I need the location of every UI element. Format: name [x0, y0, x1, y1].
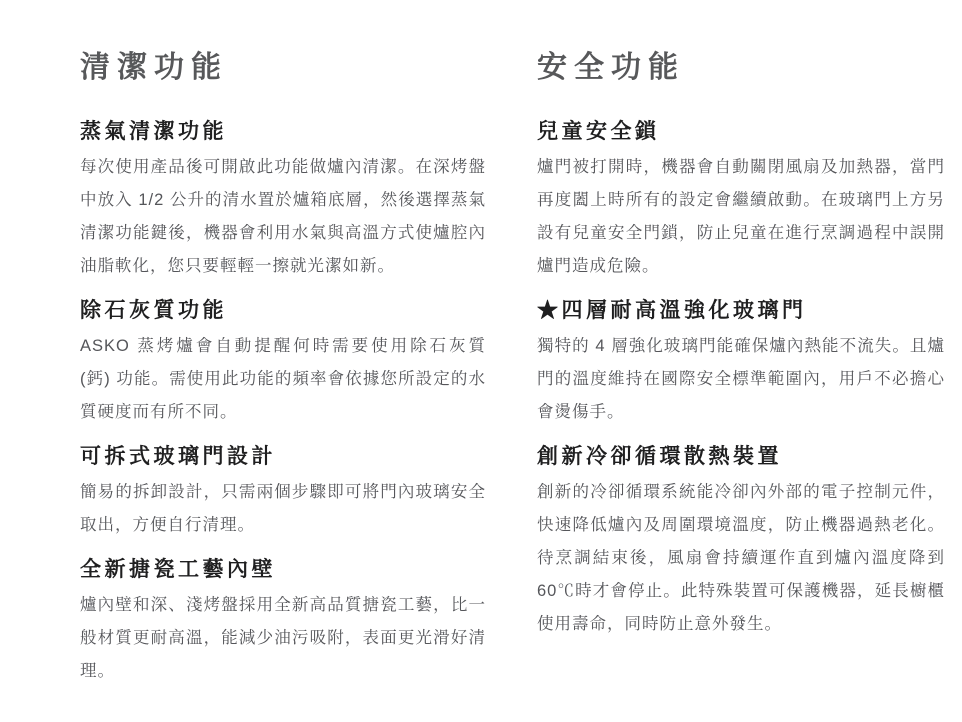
section-body: 簡易的拆卸設計，只需兩個步驟即可將門內玻璃安全取出，方便自行清理。: [80, 476, 486, 542]
section-heading: 除石灰質功能: [80, 297, 486, 324]
section-heading: 蒸氣清潔功能: [80, 118, 486, 145]
feature-section: 可拆式玻璃門設計 簡易的拆卸設計，只需兩個步驟即可將門內玻璃安全取出，方便自行清…: [80, 443, 486, 542]
section-body: 爐門被打開時，機器會自動關閉風扇及加熱器，當門再度闔上時所有的設定會繼續啟動。在…: [537, 151, 945, 283]
section-heading: 可拆式玻璃門設計: [80, 443, 486, 470]
section-heading: ★四層耐高溫強化玻璃門: [537, 297, 945, 324]
column-sections: 兒童安全鎖 爐門被打開時，機器會自動關閉風扇及加熱器，當門再度闔上時所有的設定會…: [537, 118, 945, 641]
feature-column: 安全功能 兒童安全鎖 爐門被打開時，機器會自動關閉風扇及加熱器，當門再度闔上時所…: [537, 50, 945, 688]
section-body: ASKO 蒸烤爐會自動提醒何時需要使用除石灰質 (鈣) 功能。需使用此功能的頻率…: [80, 330, 486, 429]
section-heading: 創新冷卻循環散熱裝置: [537, 443, 945, 470]
section-heading: 全新搪瓷工藝內壁: [80, 556, 486, 583]
feature-section: 兒童安全鎖 爐門被打開時，機器會自動關閉風扇及加熱器，當門再度闔上時所有的設定會…: [537, 118, 945, 283]
feature-columns: 清潔功能 蒸氣清潔功能 每次使用產品後可開啟此功能做爐內清潔。在深烤盤中放入 1…: [80, 50, 945, 688]
feature-section: ★四層耐高溫強化玻璃門 獨特的 4 層強化玻璃門能確保爐內熱能不流失。且爐門的溫…: [537, 297, 945, 429]
feature-section: 創新冷卻循環散熱裝置 創新的冷卻循環系統能冷卻內外部的電子控制元件，快速降低爐內…: [537, 443, 945, 641]
feature-section: 全新搪瓷工藝內壁 爐內壁和深、淺烤盤採用全新高品質搪瓷工藝，比一般材質更耐高溫，…: [80, 556, 486, 688]
feature-column: 清潔功能 蒸氣清潔功能 每次使用產品後可開啟此功能做爐內清潔。在深烤盤中放入 1…: [80, 50, 486, 688]
column-title: 清潔功能: [80, 50, 486, 86]
feature-section: 除石灰質功能 ASKO 蒸烤爐會自動提醒何時需要使用除石灰質 (鈣) 功能。需使…: [80, 297, 486, 429]
section-body: 創新的冷卻循環系統能冷卻內外部的電子控制元件，快速降低爐內及周圍環境溫度，防止機…: [537, 476, 945, 641]
feature-section: 蒸氣清潔功能 每次使用產品後可開啟此功能做爐內清潔。在深烤盤中放入 1/2 公升…: [80, 118, 486, 283]
section-body: 爐內壁和深、淺烤盤採用全新高品質搪瓷工藝，比一般材質更耐高溫，能減少油污吸附，表…: [80, 589, 486, 688]
section-body: 每次使用產品後可開啟此功能做爐內清潔。在深烤盤中放入 1/2 公升的清水置於爐箱…: [80, 151, 486, 283]
section-body: 獨特的 4 層強化玻璃門能確保爐內熱能不流失。且爐門的溫度維持在國際安全標準範圍…: [537, 330, 945, 429]
feature-document-page: 清潔功能 蒸氣清潔功能 每次使用產品後可開啟此功能做爐內清潔。在深烤盤中放入 1…: [0, 0, 962, 722]
column-sections: 蒸氣清潔功能 每次使用產品後可開啟此功能做爐內清潔。在深烤盤中放入 1/2 公升…: [80, 118, 486, 688]
column-title: 安全功能: [537, 50, 945, 86]
section-heading: 兒童安全鎖: [537, 118, 945, 145]
